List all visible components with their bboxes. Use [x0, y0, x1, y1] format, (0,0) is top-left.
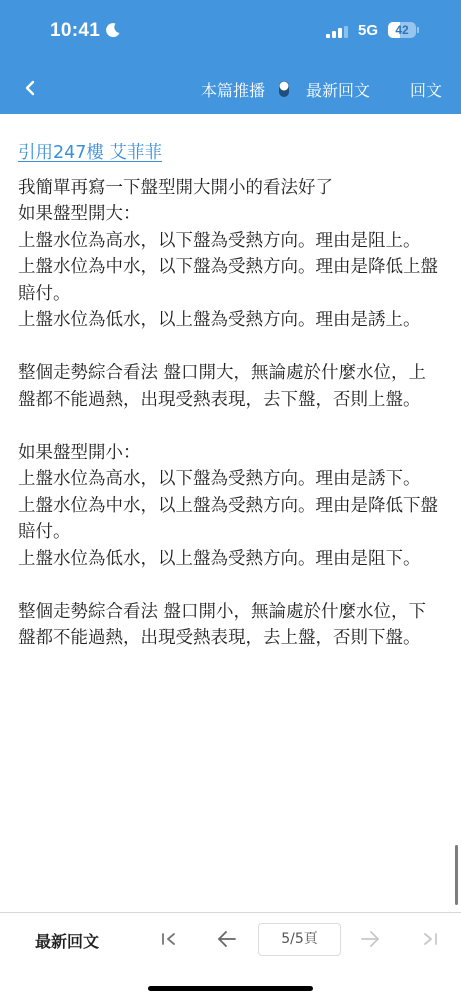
post-line: 上盤水位為高水，以下盤為受熱方向。理由是阻上。: [18, 228, 438, 255]
scrollbar[interactable]: [455, 845, 458, 905]
post-line: 上盤水位為中水，以上盤為受熱方向。理由是降低下盤賠付。: [18, 493, 438, 546]
back-button[interactable]: [18, 76, 42, 100]
battery-icon: 42: [388, 22, 420, 38]
moon-icon: [105, 22, 121, 38]
post-line: 整個走勢綜合看法 盤口開小，無論處於什麼水位，下盤都不能過熱，出現受熱表現，去上…: [18, 599, 438, 652]
battery-level: 42: [388, 22, 416, 38]
page-selector[interactable]: 5/5頁: [258, 923, 341, 956]
post-line: 上盤水位為高水，以下盤為受熱方向。理由是誘下。: [18, 466, 438, 493]
status-bar: 10:41 5G 42: [0, 0, 461, 60]
reply-button[interactable]: 回文: [410, 78, 442, 101]
home-indicator[interactable]: [148, 986, 313, 991]
latest-reply-button[interactable]: 最新回文: [306, 78, 370, 101]
network-type: 5G: [358, 22, 378, 39]
post-line: 如果盤型開大：: [18, 201, 438, 228]
first-page-icon: [160, 931, 178, 947]
toggle-icon[interactable]: [278, 80, 290, 98]
next-page-button[interactable]: [356, 927, 384, 951]
post-line: 我簡單再寫一下盤型開大開小的看法好了: [18, 175, 438, 202]
post-line: 上盤水位為低水，以上盤為受熱方向。理由是阻下。: [18, 546, 438, 573]
post-line: 上盤水位為低水，以上盤為受熱方向。理由是誘上。: [18, 307, 438, 334]
prev-page-button[interactable]: [213, 927, 241, 951]
nav-bar: 本篇推播 最新回文 回文: [0, 70, 461, 110]
status-time: 10:41: [50, 20, 100, 42]
last-page-button[interactable]: [416, 927, 444, 951]
arrow-left-icon: [217, 931, 237, 947]
post-line: 上盤水位為中水，以下盤為受熱方向。理由是降低上盤賠付。: [18, 254, 438, 307]
quote-link[interactable]: 引用247樓 艾菲菲: [18, 140, 162, 167]
arrow-right-icon: [360, 931, 380, 947]
post-content: 引用247樓 艾菲菲 我簡單再寫一下盤型開大開小的看法好了 如果盤型開大： 上盤…: [18, 140, 438, 652]
blank-line: [18, 334, 438, 361]
blank-line: [18, 413, 438, 440]
cellular-signal-icon: [326, 26, 350, 38]
latest-reply-link[interactable]: 最新回文: [35, 929, 99, 952]
blank-line: [18, 572, 438, 599]
app-header: 10:41 5G 42 本篇推播 最新回文: [0, 0, 461, 114]
last-page-icon: [421, 931, 439, 947]
post-line: 整個走勢綜合看法 盤口開大，無論處於什麼水位，上盤都不能過熱，出現受熱表現，去下…: [18, 360, 438, 413]
post-line: 如果盤型開小：: [18, 440, 438, 467]
first-page-button[interactable]: [155, 927, 183, 951]
push-notification-button[interactable]: 本篇推播: [201, 78, 265, 101]
chevron-left-icon: [24, 80, 36, 96]
